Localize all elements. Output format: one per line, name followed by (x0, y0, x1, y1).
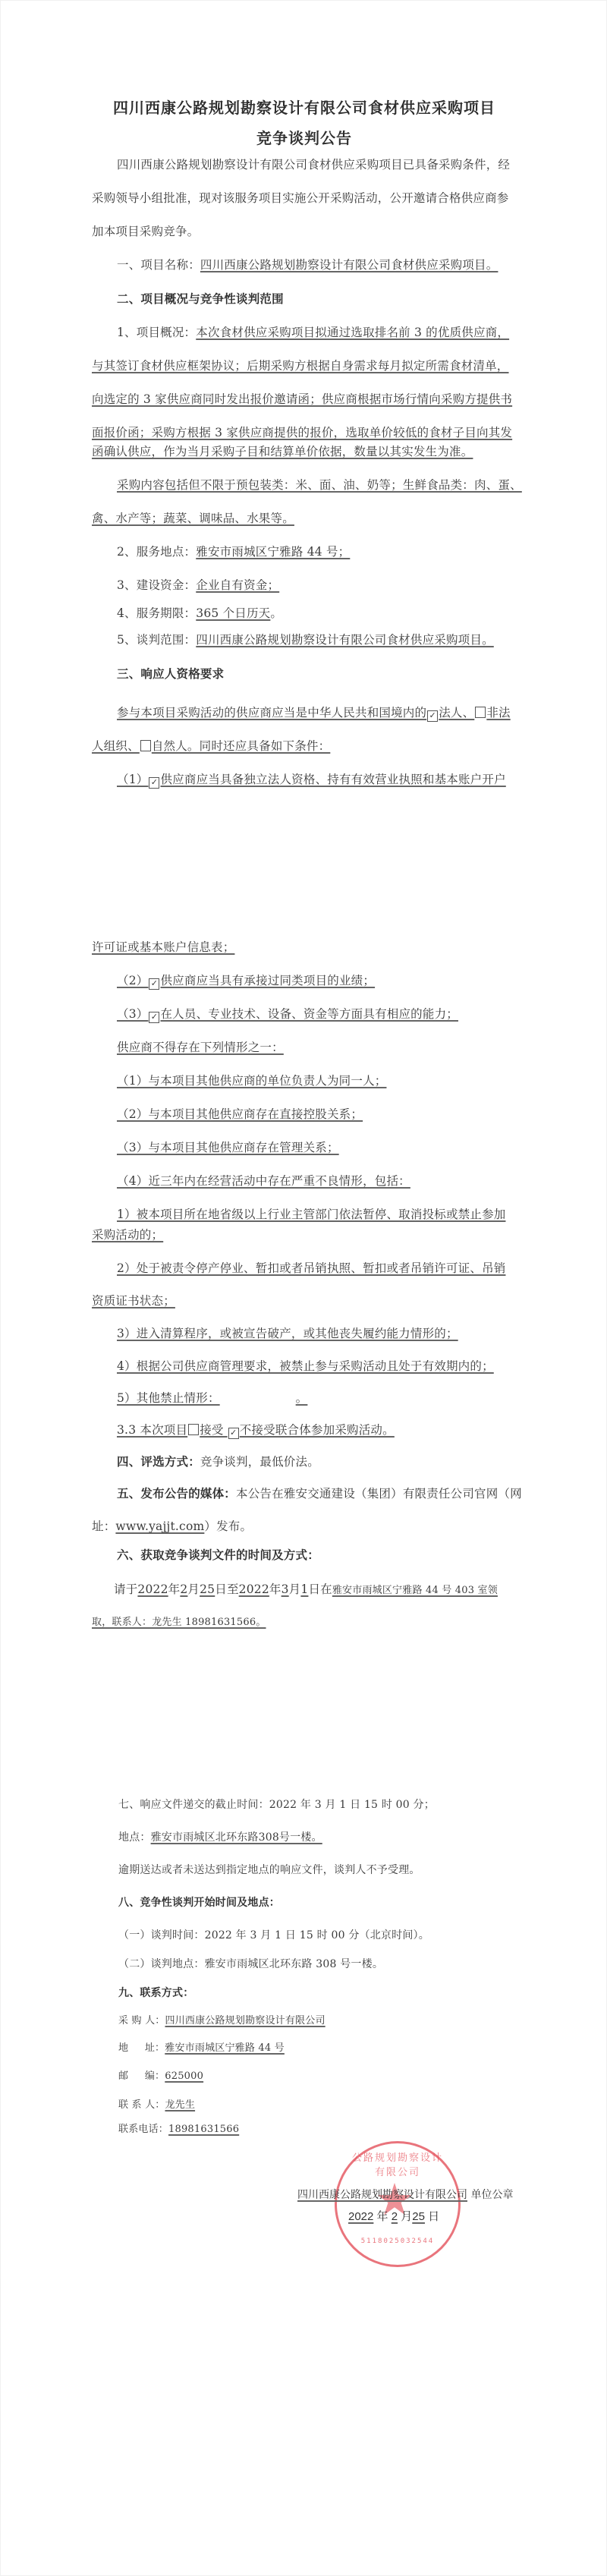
document-collection-line: 请于2022年2月25日至2022年3月1日在雅安市雨城区宁雅路 44 号 40… (114, 1582, 498, 1598)
bad-conduct-item: 3）进入清算程序，或被宣告破产，或其他丧失履约能力情形的； (117, 1326, 458, 1341)
content-text: 禽、水产等；蔬菜、调味品、水果等。 (92, 511, 294, 526)
publication-media-row: 五、发布公告的媒体：本公告在雅安交通建设（集团）有限责任公司官网（网 (117, 1486, 522, 1501)
overview-text: 面报价函；采购方根据 3 家供应商提供的报价，选取单价较低的食材子目向其发 (92, 425, 512, 440)
service-location-value: 雅安市雨城区宁雅路 44 号； (196, 545, 350, 559)
section6-heading: 六、获取竞争谈判文件的时间及方式： (117, 1548, 319, 1563)
overview-row: 1、项目概况：本次食材供应采购项目拟通过选取排名前 3 的优质供应商， (117, 325, 509, 340)
exclusion-item: （2）与本项目其他供应商存在直接控股关系； (117, 1107, 363, 1122)
website-link[interactable]: www.yajjt.com (115, 1519, 204, 1533)
negotiation-place: （二）谈判地点：雅安市雨城区北环东路 308 号一楼。 (118, 1957, 383, 1972)
submission-deadline: 七、响应文件递交的截止时间：2022 年 3 月 1 日 15 时 00 分； (118, 1797, 435, 1812)
project-name-label: 一、项目名称： (117, 258, 200, 272)
funding-label: 3、建设资金： (117, 578, 196, 592)
section8-heading: 八、竞争性谈判开始时间及地点： (118, 1895, 280, 1910)
document-title-line1: 四川西康公路规划勘察设计有限公司食材供应采购项目 (1, 96, 607, 118)
bad-conduct-item: 采购活动的； (92, 1227, 163, 1242)
negotiation-scope-label: 5、谈判范围： (117, 633, 196, 647)
publication-media-row-cont: 址：www.yajjt.com）发布。 (92, 1519, 252, 1534)
contact-row-address: 地 址：雅安市雨城区宁雅路 44 号 (118, 2041, 285, 2056)
service-location-row: 2、服务地点：雅安市雨城区宁雅路 44 号； (117, 544, 350, 559)
signature-date: 2022 年 2 月25 日 (348, 2208, 439, 2224)
submission-location-row: 地点：雅安市雨城区北环东路308号一楼。 (118, 1830, 322, 1845)
section2-heading: 二、项目概况与竞争性谈判范围 (117, 291, 284, 307)
service-period-value: 365 个日历天 (196, 606, 270, 620)
contact-row-phone: 联系电话：18981631566 (118, 2122, 239, 2137)
contact-row-postcode: 邮 编：625000 (118, 2069, 203, 2084)
seal-label: 单位公章 (470, 2189, 513, 2201)
content-text: 采购内容包括但不限于预包装类：米、面、油、奶等；生鲜食品类：肉、蛋、 (117, 477, 522, 493)
overview-label: 1、项目概况： (117, 326, 196, 339)
overview-text: 本次食材供应采购项目拟通过选取排名前 3 的优质供应商， (196, 326, 509, 339)
bad-conduct-item: 5）其他禁止情形：。 (117, 1390, 307, 1406)
document-title-line2: 竞争谈判公告 (1, 126, 607, 148)
checkbox-natural-person-unchecked (140, 740, 151, 751)
bad-conduct-item: 资质证书状态； (92, 1293, 175, 1308)
service-location-label: 2、服务地点： (117, 545, 196, 559)
checkbox-req2-checked: ✓ (149, 978, 159, 990)
intro-line: 加本项目采购竞争。 (92, 224, 199, 239)
funding-row: 3、建设资金：企业自有资金； (117, 578, 279, 593)
eligibility-line: 人组织、自然人。同时还应具备如下条件： (92, 738, 330, 754)
negotiation-time: （一）谈判时间：2022 年 3 月 1 日 15 时 00 分（北京时间）。 (118, 1928, 429, 1943)
project-name-row: 一、项目名称：四川西康公路规划勘察设计有限公司食材供应采购项目。 (117, 257, 498, 272)
service-period-row: 4、服务期限：365 个日历天。 (117, 606, 282, 621)
exclusion-item: （3）与本项目其他供应商存在管理关系； (117, 1140, 339, 1155)
eligibility-line: 参与本项目采购活动的供应商应当是中华人民共和国境内的✓法人、非法 (117, 705, 511, 722)
requirement-item: （1）✓供应商应当具备独立法人资格、持有有效营业执照和基本账户开户 (117, 772, 506, 789)
checkbox-req1-checked: ✓ (149, 777, 159, 789)
negotiation-scope-value: 四川西康公路规划勘察设计有限公司食材供应采购项目。 (196, 633, 494, 647)
bad-conduct-item: 4）根据公司供应商管理要求，被禁止参与采购活动且处于有效期内的； (117, 1359, 494, 1374)
requirement-item: （3）✓在人员、专业技术、设备、资金等方面具有相应的能力； (117, 1006, 458, 1023)
funding-value: 企业自有资金； (196, 578, 279, 592)
bad-conduct-item: 2）处于被责令停产停业、暂扣或者吊销执照、暂扣或者吊销许可证、吊销 (117, 1261, 505, 1276)
requirement-item: （2）✓供应商应当具有承接过同类项目的业绩； (117, 973, 375, 990)
checkbox-unincorporated-org-unchecked (475, 707, 486, 718)
checkbox-legal-person-checked: ✓ (427, 710, 438, 722)
negotiation-scope-row: 5、谈判范围：四川西康公路规划勘察设计有限公司食材供应采购项目。 (117, 632, 494, 647)
contact-row-purchaser: 采 购 人：四川西康公路规划勘察设计有限公司 (118, 2014, 326, 2029)
signature-company: 四川西康公路规划勘察设计有限公司 (297, 2189, 467, 2201)
overview-text: 向选定的 3 家供应商同时发出报价邀请函；供应商根据市场行情向采购方提供书 (92, 392, 512, 407)
bad-conduct-item: 1）被本项目所在地省级以上行业主管部门依法暂停、取消投标或禁止参加 (117, 1207, 505, 1222)
signature-company-row: 四川西康公路规划勘察设计有限公司 单位公章 (297, 2187, 513, 2202)
requirement-item-cont: 许可证或基本账户信息表； (92, 940, 234, 955)
service-period-label: 4、服务期限： (117, 606, 196, 620)
publication-media-label: 五、发布公告的媒体： (117, 1486, 236, 1501)
document-page: 四川西康公路规划勘察设计有限公司食材供应采购项目 竞争谈判公告 四川西康公路规划… (0, 0, 607, 2576)
intro-line: 四川西康公路规划勘察设计有限公司食材供应采购项目已具备采购条件，经 (117, 157, 510, 172)
consortium-line: 3.3 本次项目接受 ✓不接受联合体参加采购活动。 (117, 1422, 395, 1439)
checkbox-req3-checked: ✓ (149, 1012, 159, 1023)
overview-text: 与其签订食材供应框架协议；后期采购方根据自身需求每月拟定所需食材清单， (92, 358, 509, 373)
exclusion-item: （4）近三年内在经营活动中存在严重不良情形，包括： (117, 1173, 410, 1189)
seal-code: 5118025032544 (358, 2237, 437, 2245)
company-seal-stamp: 公路规划勘察设计有限公司 ★ 5118025032544 (335, 2141, 461, 2267)
exclusion-heading: 供应商不得存在下列情形之一： (117, 1040, 284, 1055)
intro-line: 采购领导小组批准，现对该服务项目实施公开采购活动，公开邀请合格供应商参 (92, 191, 509, 206)
evaluation-method-value: 竞争谈判，最低价法。 (200, 1455, 319, 1469)
overview-text: 函确认供应，作为当月采购子目和结算单价依据，数量以其实发生为准。 (92, 444, 473, 459)
checkbox-reject-consortium-checked: ✓ (228, 1428, 239, 1439)
submission-location-value: 雅安市雨城区北环东路308号一楼。 (151, 1831, 322, 1844)
checkbox-accept-consortium-unchecked (188, 1424, 199, 1435)
section3-heading: 三、响应人资格要求 (117, 666, 224, 682)
late-submission-notice: 逾期送达或者未送达到指定地点的响应文件，谈判人不予受理。 (118, 1863, 420, 1878)
evaluation-method-row: 四、评选方式：竞争谈判，最低价法。 (117, 1454, 319, 1469)
document-collection-line-cont: 取，联系人：龙先生 18981631566。 (92, 1615, 266, 1630)
exclusion-item: （1）与本项目其他供应商的单位负责人为同一人； (117, 1073, 386, 1088)
section9-heading: 九、联系方式： (118, 1986, 193, 2001)
evaluation-method-label: 四、评选方式： (117, 1454, 200, 1469)
contact-row-person: 联 系 人：龙先生 (118, 2098, 195, 2113)
project-name-value: 四川西康公路规划勘察设计有限公司食材供应采购项目。 (200, 258, 498, 272)
